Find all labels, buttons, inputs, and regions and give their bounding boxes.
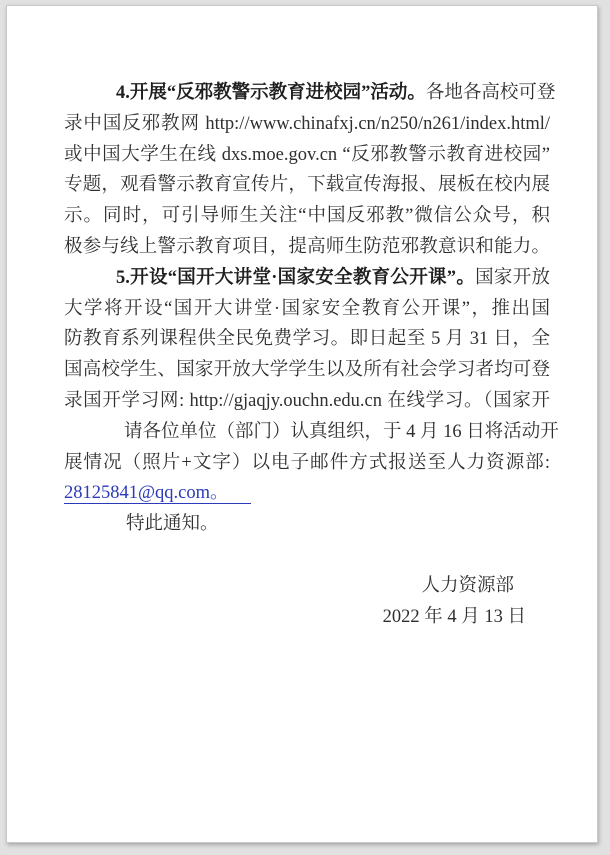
document-line: 特此通知。 (64, 509, 550, 540)
body-text: 2022 年 4 月 13 日 (383, 607, 526, 627)
body-text: 国家开放 (475, 268, 550, 288)
body-text: 展情况（照片+文字）以电子邮件方式报送至人力资源部: (64, 453, 550, 473)
document-viewport: { "colors": { "canvas_background": "#e1e… (0, 0, 610, 855)
document-line: 5.开设“国开大讲堂·国家安全教育公开课”。国家开放 (64, 263, 550, 294)
signature-department: 人力资源部 (64, 571, 550, 602)
bold-heading-text: 4.开展“反邪教警示教育进校园”活动。 (116, 83, 426, 103)
document-line: 极参与线上警示教育项目，提高师生防范邪教意识和能力。 (64, 232, 550, 263)
document-line: 防教育系列课程供全民免费学习。即日起至 5 月 31 日，全 (64, 324, 550, 355)
document-body: 4.开展“反邪教警示教育进校园”活动。各地各高校可登录中国反邪教网 http:/… (64, 78, 550, 632)
document-line: 4.开展“反邪教警示教育进校园”活动。各地各高校可登 (64, 78, 550, 109)
body-text: 专题，观看警示教育宣传片，下载宣传海报、展板在校内展 (64, 175, 550, 195)
body-text: 示。同时，可引导师生关注“中国反邪教”微信公众号，积 (64, 206, 550, 226)
document-line: 28125841@qq.com。 (64, 478, 550, 509)
body-text: 防教育系列课程供全民免费学习。即日起至 5 月 31 日，全 (64, 329, 550, 349)
body-text: 或中国大学生在线 dxs.moe.gov.cn “反邪教警示教育进校园” (64, 145, 550, 165)
body-text: 录国开学习网: http://gjaqjy.ouchn.edu.cn 在线学习。… (64, 391, 550, 411)
body-text: 录中国反邪教网 http://www.chinafxj.cn/n250/n261… (64, 114, 550, 134)
document-line: 国高校学生、国家开放大学学生以及所有社会学习者均可登 (64, 355, 550, 386)
body-text: 国高校学生、国家开放大学学生以及所有社会学习者均可登 (64, 360, 550, 380)
signature-date: 2022 年 4 月 13 日 (64, 602, 550, 633)
body-text: 人力资源部 (421, 576, 514, 596)
bold-heading-text: 5.开设“国开大讲堂·国家安全教育公开课”。 (116, 268, 475, 288)
document-line: 录国开学习网: http://gjaqjy.ouchn.edu.cn 在线学习。… (64, 386, 550, 417)
document-line: 或中国大学生在线 dxs.moe.gov.cn “反邪教警示教育进校园” (64, 140, 550, 171)
document-line: 展情况（照片+文字）以电子邮件方式报送至人力资源部: (64, 448, 550, 479)
body-text: 特此通知。 (126, 514, 219, 534)
body-text: 极参与线上警示教育项目，提高师生防范邪教意识和能力。 (64, 237, 550, 257)
document-line: 大学将开设“国开大讲堂·国家安全教育公开课”，推出国 (64, 294, 550, 325)
document-line (64, 540, 550, 571)
document-line: 请各位单位（部门）认真组织，于 4 月 16 日将活动开 (64, 417, 550, 448)
document-line: 专题，观看警示教育宣传片，下载宣传海报、展板在校内展 (64, 170, 550, 201)
document-line: 录中国反邪教网 http://www.chinafxj.cn/n250/n261… (64, 109, 550, 140)
body-text: 请各位单位（部门）认真组织，于 4 月 16 日将活动开 (124, 422, 559, 442)
document-line: 示。同时，可引导师生关注“中国反邪教”微信公众号，积 (64, 201, 550, 232)
email-link[interactable]: 28125841@qq.com。 (64, 483, 251, 504)
body-text: 各地各高校可登 (426, 83, 556, 103)
body-text: 大学将开设“国开大讲堂·国家安全教育公开课”，推出国 (64, 299, 550, 319)
document-page: 4.开展“反邪教警示教育进校园”活动。各地各高校可登录中国反邪教网 http:/… (6, 5, 598, 843)
